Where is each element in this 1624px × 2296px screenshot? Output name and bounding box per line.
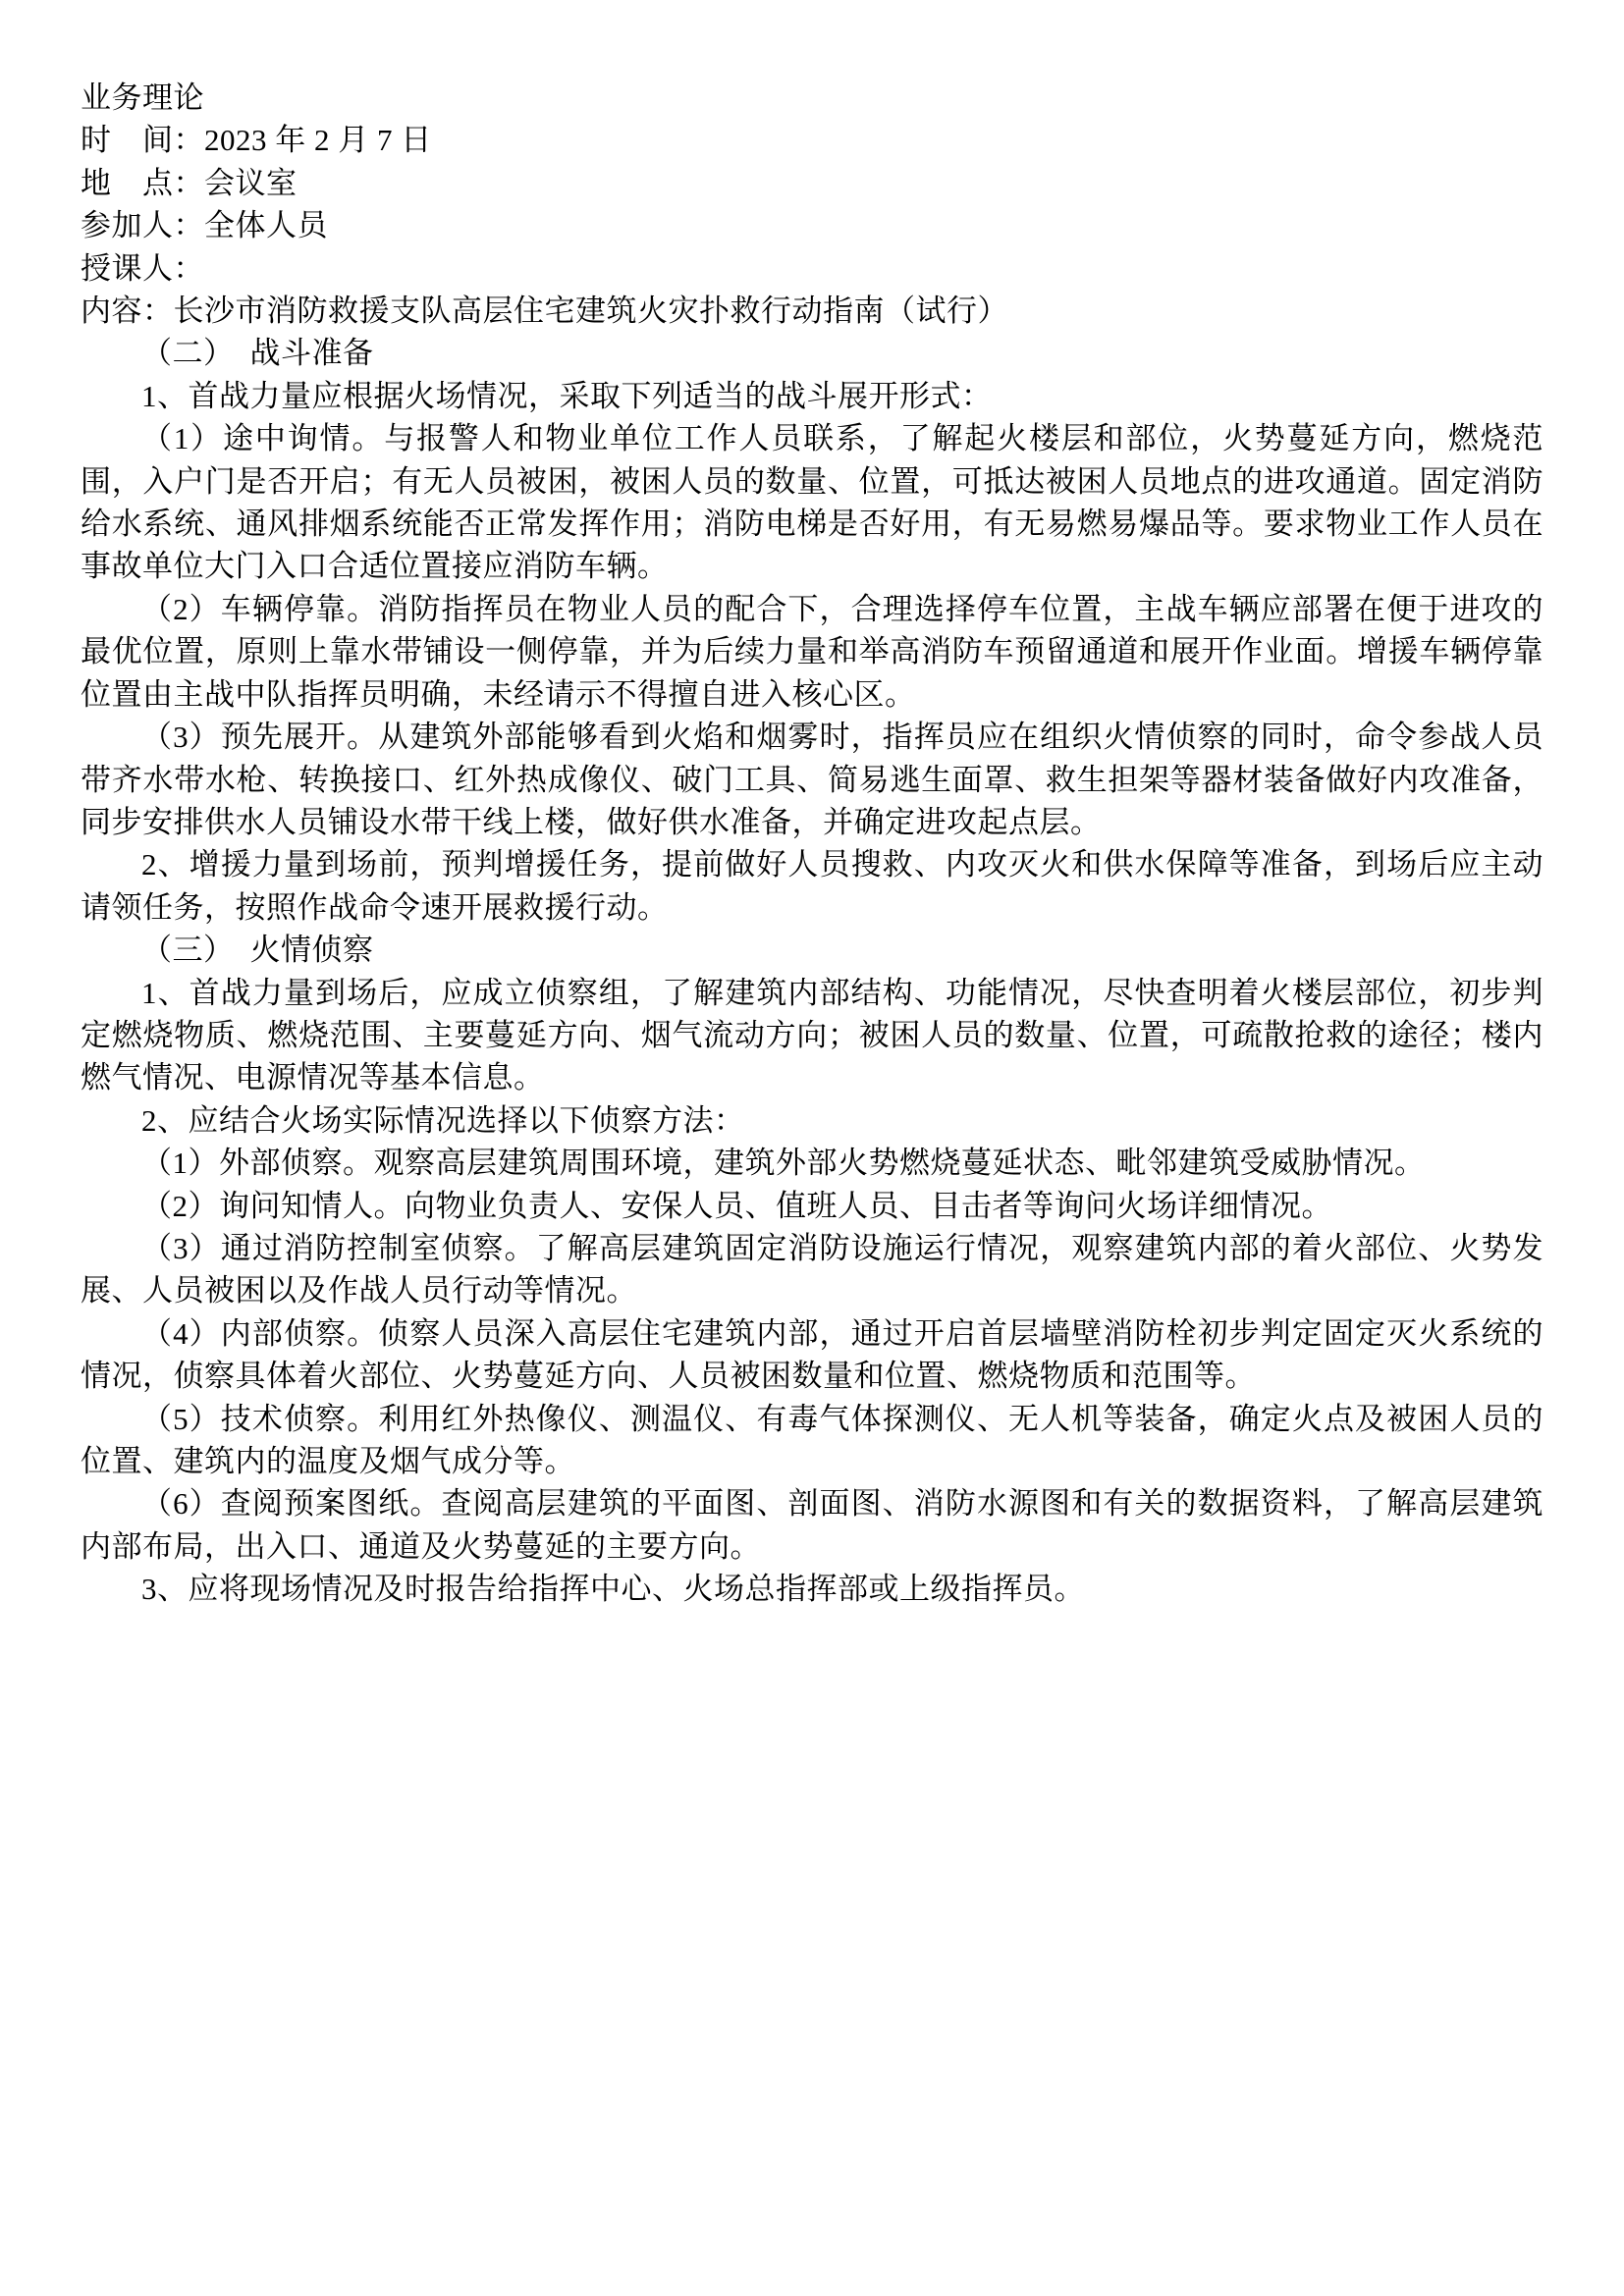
paragraph: 1、首战力量到场后，应成立侦察组，了解建筑内部结构、功能情况，尽快查明着火楼层部… — [81, 972, 1543, 1099]
doc-time-line: 时 间：2023 年 2 月 7 日 — [81, 119, 1543, 161]
doc-place-line: 地 点：会议室 — [81, 162, 1543, 204]
section-heading-2: （二） 战斗准备 — [81, 332, 1543, 374]
doc-lecturer-line: 授课人： — [81, 247, 1543, 290]
paragraph: （2）询问知情人。向物业负责人、安保人员、值班人员、目击者等询问火场详细情况。 — [81, 1185, 1543, 1227]
paragraph: 1、首战力量应根据火场情况，采取下列适当的战斗展开形式： — [81, 375, 1543, 417]
paragraph: （1）途中询情。与报警人和物业单位工作人员联系，了解起火楼层和部位，火势蔓延方向… — [81, 417, 1543, 588]
paragraph: （1）外部侦察。观察高层建筑周围环境，建筑外部火势燃烧蔓延状态、毗邻建筑受威胁情… — [81, 1142, 1543, 1184]
paragraph: （6）查阅预案图纸。查阅高层建筑的平面图、剖面图、消防水源图和有关的数据资料，了… — [81, 1482, 1543, 1568]
doc-title-line: 业务理论 — [81, 77, 1543, 119]
paragraph: （2）车辆停靠。消防指挥员在物业人员的配合下，合理选择停车位置，主战车辆应部署在… — [81, 588, 1543, 716]
paragraph: （5）技术侦察。利用红外热像仪、测温仪、有毒气体探测仪、无人机等装备，确定火点及… — [81, 1398, 1543, 1483]
paragraph: （4）内部侦察。侦察人员深入高层住宅建筑内部，通过开启首层墙壁消防栓初步判定固定… — [81, 1312, 1543, 1398]
doc-participants-line: 参加人：全体人员 — [81, 204, 1543, 246]
doc-content-line: 内容：长沙市消防救援支队高层住宅建筑火灾扑救行动指南（试行） — [81, 290, 1543, 332]
paragraph: 2、应结合火场实际情况选择以下侦察方法： — [81, 1099, 1543, 1142]
paragraph: （3）预先展开。从建筑外部能够看到火焰和烟雾时，指挥员应在组织火情侦察的同时，命… — [81, 716, 1543, 843]
paragraph: 2、增援力量到场前，预判增援任务，提前做好人员搜救、内攻灭火和供水保障等准备，到… — [81, 843, 1543, 929]
paragraph: （3）通过消防控制室侦察。了解高层建筑固定消防设施运行情况，观察建筑内部的着火部… — [81, 1227, 1543, 1312]
paragraph: 3、应将现场情况及时报告给指挥中心、火场总指挥部或上级指挥员。 — [81, 1568, 1543, 1610]
section-heading-3: （三） 火情侦察 — [81, 929, 1543, 971]
document-page: 业务理论 时 间：2023 年 2 月 7 日 地 点：会议室 参加人：全体人员… — [0, 0, 1624, 2296]
